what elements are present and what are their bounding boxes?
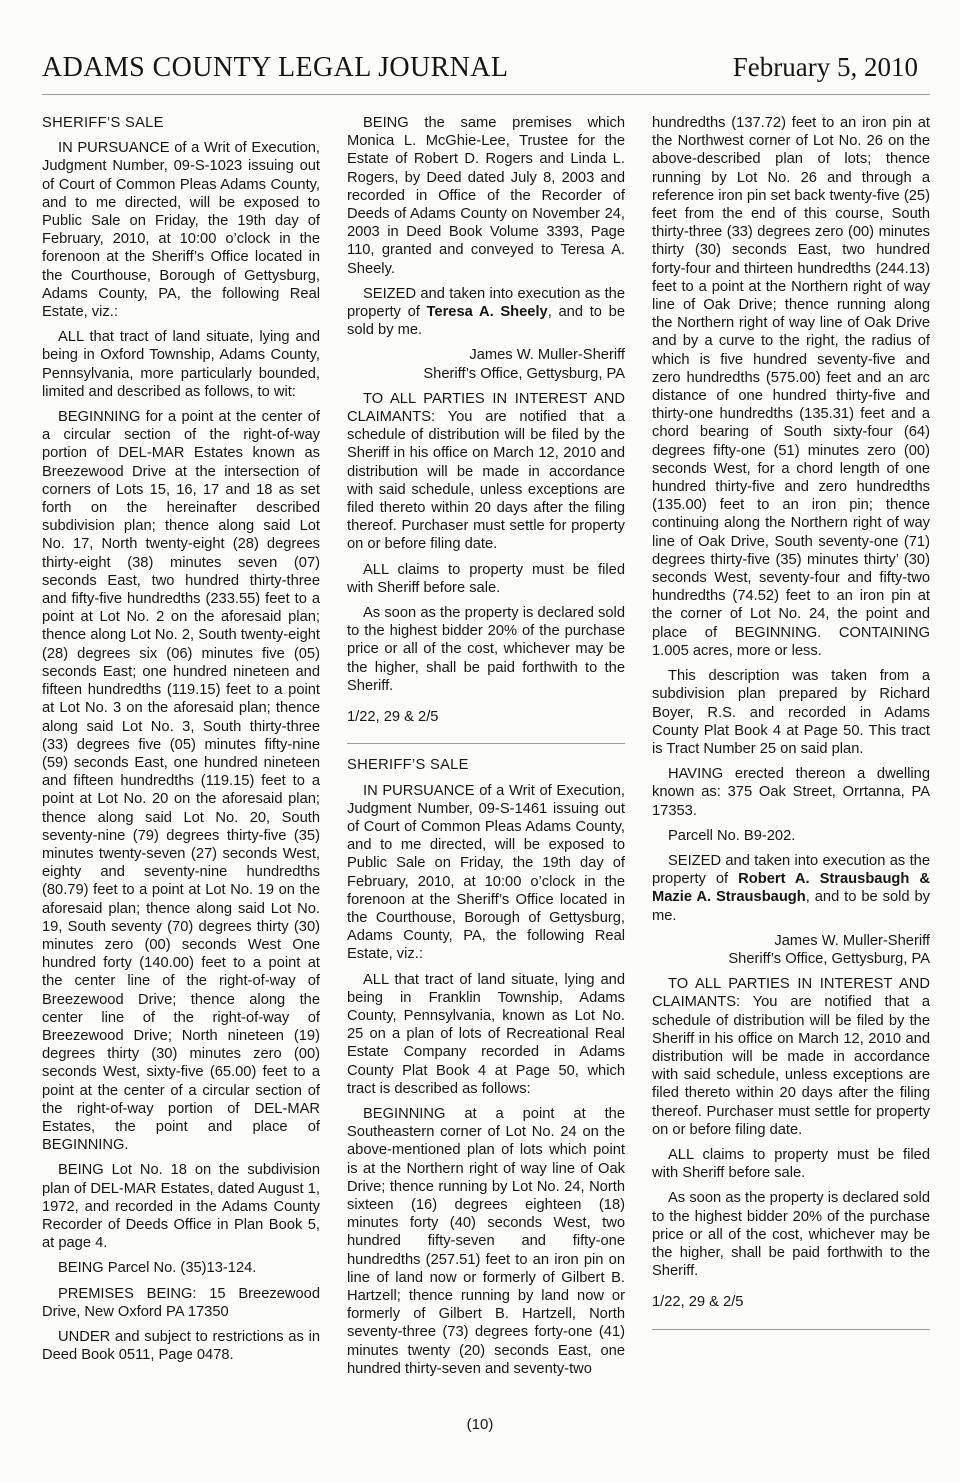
section-divider (652, 1329, 930, 1330)
paragraph: As soon as the property is declared sold… (652, 1189, 930, 1280)
issue-date: February 5, 2010 (733, 52, 930, 83)
sale-heading: SHERIFF’S SALE (42, 114, 320, 132)
defendant-name: Teresa A. Sheely (427, 304, 548, 320)
sheriff-office: Sheriff’s Office, Gettysburg, PA (652, 950, 930, 968)
paragraph: IN PURSUANCE of a Writ of Execution, Jud… (42, 139, 320, 321)
page-number: (10) (0, 1416, 960, 1433)
journal-title: ADAMS COUNTY LEGAL JOURNAL (42, 52, 508, 84)
journal-page: ADAMS COUNTY LEGAL JOURNAL February 5, 2… (0, 0, 960, 1483)
paragraph: BEGINNING at a point at the Southeastern… (347, 1105, 625, 1378)
paragraph-continuation: hundredths (137.72) feet to an iron pin … (652, 114, 930, 660)
masthead: ADAMS COUNTY LEGAL JOURNAL February 5, 2… (42, 52, 930, 84)
column-1: SHERIFF’S SALE IN PURSUANCE of a Writ of… (42, 114, 320, 1378)
paragraph: ALL claims to property must be filed wit… (347, 561, 625, 597)
header-rule (42, 94, 930, 95)
sheriff-name: James W. Muller-Sheriff (652, 932, 930, 950)
sheriff-office: Sheriff’s Office, Gettysburg, PA (347, 365, 625, 383)
signature-block: James W. Muller-SheriffSheriff’s Office,… (347, 346, 625, 382)
paragraph: PREMISES BEING: 15 Breezewood Drive, New… (42, 1285, 320, 1321)
paragraph: BEGINNING for a point at the center of a… (42, 408, 320, 1154)
paragraph: BEING Lot No. 18 on the subdivision plan… (42, 1161, 320, 1252)
seized-paragraph: SEIZED and taken into execution as the p… (347, 285, 625, 340)
column-3: hundredths (137.72) feet to an iron pin … (652, 114, 930, 1378)
paragraph: TO ALL PARTIES IN INTEREST AND CLAIMANTS… (652, 975, 930, 1139)
paragraph: TO ALL PARTIES IN INTEREST AND CLAIMANTS… (347, 390, 625, 554)
column-2: BEING the same premises which Monica L. … (347, 114, 625, 1378)
paragraph: Parcell No. B9-202. (652, 827, 930, 845)
docket-dates: 1/22, 29 & 2/5 (347, 708, 625, 726)
paragraph: HAVING erected thereon a dwelling known … (652, 765, 930, 820)
paragraph: BEING Parcel No. (35)13-124. (42, 1259, 320, 1277)
signature-block: James W. Muller-SheriffSheriff’s Office,… (652, 932, 930, 968)
sale-heading: SHERIFF’S SALE (347, 756, 625, 774)
paragraph: ALL that tract of land situate, lying an… (42, 328, 320, 401)
sheriff-name: James W. Muller-Sheriff (347, 346, 625, 364)
docket-dates: 1/22, 29 & 2/5 (652, 1293, 930, 1311)
column-layout: SHERIFF’S SALE IN PURSUANCE of a Writ of… (42, 114, 930, 1378)
paragraph: UNDER and subject to restrictions as in … (42, 1328, 320, 1364)
paragraph: ALL claims to property must be filed wit… (652, 1146, 930, 1182)
section-divider (347, 743, 625, 744)
paragraph: ALL that tract of land situate, lying an… (347, 971, 625, 1098)
paragraph: This description was taken from a subdiv… (652, 667, 930, 758)
paragraph: IN PURSUANCE of a Writ of Execution, Jud… (347, 782, 625, 964)
paragraph: As soon as the property is declared sold… (347, 604, 625, 695)
paragraph: BEING the same premises which Monica L. … (347, 114, 625, 278)
seized-paragraph: SEIZED and taken into execution as the p… (652, 852, 930, 925)
